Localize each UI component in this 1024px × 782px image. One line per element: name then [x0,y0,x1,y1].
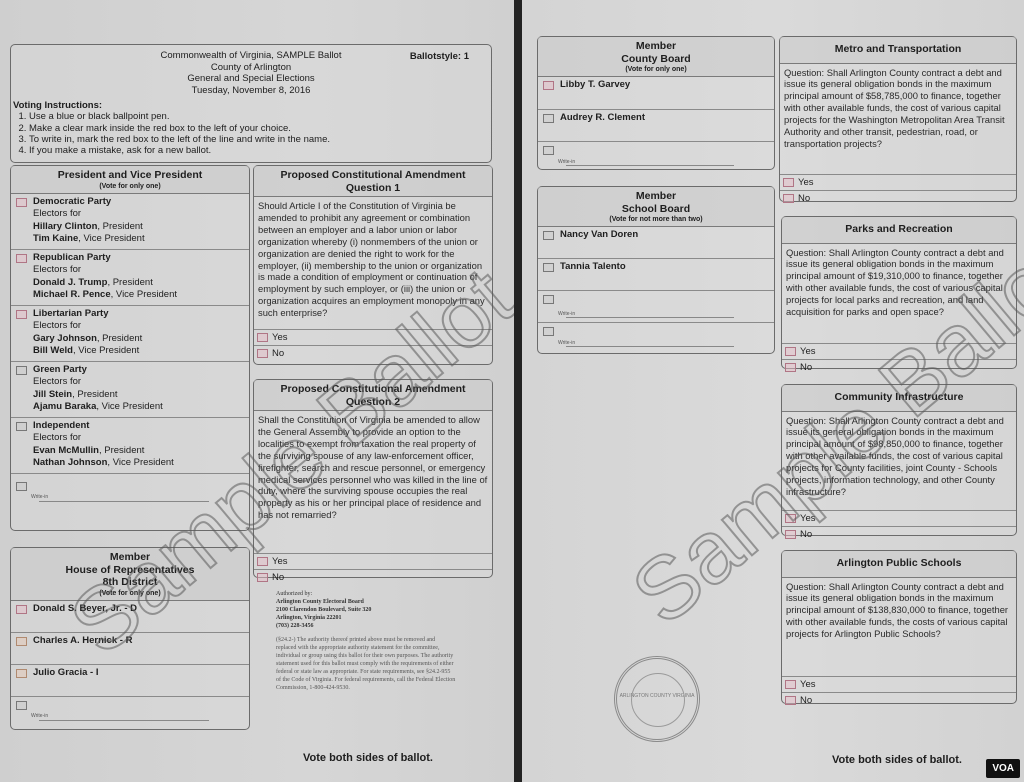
contest-title-line: School Board [540,203,772,216]
instruction-item: Make a clear mark inside the red box to … [29,123,489,134]
authorized-line: Arlington County Electoral Board [276,598,456,606]
contest-title-line: County Board [540,53,772,66]
seal-text: ARLINGTON COUNTY VIRGINIA [617,693,697,699]
contest-header: Parks and Recreation [782,217,1016,244]
ballot-header: Commonwealth of Virginia, SAMPLE Ballot … [10,44,492,163]
candidate-name: Donald S. Beyer, Jr. - D [33,603,137,614]
amendment-question-1: Proposed Constitutional Amendment Questi… [253,165,493,365]
write-in-label: Write-in [558,308,575,321]
no-checkbox[interactable] [785,530,796,539]
write-in-row[interactable]: Write-in [538,291,774,323]
instructions-title: Voting Instructions: [13,100,489,111]
candidate-row[interactable]: Charles A. Hernick - R [11,633,249,665]
no-label: No [272,348,284,359]
vote-checkbox[interactable] [543,263,554,272]
yes-checkbox[interactable] [783,178,794,187]
contest-title-line: Question 1 [256,182,490,195]
no-checkbox[interactable] [257,573,268,582]
page-gutter [514,0,522,782]
question-text: Question: Shall Arlington County contrac… [780,64,1016,174]
question-text: Question: Shall Arlington County contrac… [782,244,1016,343]
question-text: Should Article I of the Constitution of … [254,197,492,329]
candidate-row[interactable]: Libertarian PartyElectors forGary Johnso… [11,306,249,362]
vote-checkbox[interactable] [16,366,27,375]
candidate-row[interactable]: Julio Gracia - I [11,665,249,697]
write-in-line[interactable] [566,317,734,318]
president-candidate: Jill Stein, President [33,389,245,402]
authorized-line: Authorized by: [276,590,456,598]
amendment-question-2: Proposed Constitutional Amendment Questi… [253,379,493,578]
contest-header: Proposed Constitutional Amendment Questi… [254,380,492,411]
contest-header: Member House of Representatives 8th Dist… [11,548,249,601]
electors-label: Electors for [33,376,245,389]
contest-title-line: Question 2 [256,396,490,409]
yes-option[interactable]: Yes [254,329,492,345]
vote-checkbox[interactable] [16,605,27,614]
no-label: No [800,695,812,706]
county-name: County of Arlington [11,62,491,74]
candidate-row[interactable]: Audrey R. Clement [538,110,774,142]
question-text: Question: Shall Arlington County contrac… [782,578,1016,676]
president-contest: President and Vice President (Vote for o… [10,165,250,531]
metro-transportation-question: Metro and Transportation Question: Shall… [779,36,1017,202]
contest-title-line: Proposed Constitutional Amendment [256,169,490,182]
vote-checkbox[interactable] [16,198,27,207]
contest-header: President and Vice President (Vote for o… [11,166,249,194]
contest-title: Community Infrastructure [784,391,1014,404]
yes-checkbox[interactable] [257,557,268,566]
vp-candidate: Bill Weld, Vice President [33,345,245,358]
contest-header: Member County Board (Vote for only one) [538,37,774,77]
question-text: Shall the Constitution of Virginia be am… [254,411,492,553]
write-in-checkbox[interactable] [543,327,554,336]
write-in-line[interactable] [39,501,209,502]
candidate-row[interactable]: Democratic PartyElectors forHillary Clin… [11,194,249,250]
write-in-label: Write-in [31,710,48,723]
contest-title: President and Vice President [13,169,247,182]
write-in-row[interactable]: Write-in [11,474,249,506]
candidate-name: Charles A. Hernick - R [33,635,132,646]
yes-label: Yes [800,513,816,524]
yes-option[interactable]: Yes [782,676,1016,692]
no-option[interactable]: No [780,190,1016,206]
candidate-row[interactable]: Libby T. Garvey [538,77,774,110]
electors-label: Electors for [33,264,245,277]
candidate-row[interactable]: Tannia Talento [538,259,774,291]
no-label: No [800,362,812,373]
president-candidate: Hillary Clinton, President [33,221,245,234]
candidate-row[interactable]: Republican PartyElectors forDonald J. Tr… [11,250,249,306]
no-option[interactable]: No [782,526,1016,542]
president-candidate: Gary Johnson, President [33,333,245,346]
candidate-row[interactable]: Green PartyElectors forJill Stein, Presi… [11,362,249,418]
yes-label: Yes [272,332,288,343]
no-option[interactable]: No [254,345,492,361]
no-option[interactable]: No [254,569,492,585]
parks-recreation-question: Parks and Recreation Question: Shall Arl… [781,216,1017,369]
vote-checkbox[interactable] [16,422,27,431]
no-label: No [800,529,812,540]
question-text: Question: Shall Arlington County contrac… [782,412,1016,510]
no-option[interactable]: No [782,692,1016,708]
vp-candidate: Nathan Johnson, Vice President [33,457,245,470]
party-name: Libertarian Party [33,308,245,321]
yes-checkbox[interactable] [785,347,796,356]
instruction-item: To write in, mark the red box to the lef… [29,134,489,145]
voting-instructions: Voting Instructions: Use a blue or black… [11,96,491,156]
vp-candidate: Ajamu Baraka, Vice President [33,401,245,414]
no-checkbox[interactable] [785,696,796,705]
candidate-row[interactable]: IndependentElectors forEvan McMullin, Pr… [11,418,249,474]
authorized-line: Arlington, Virginia 22201 [276,614,456,622]
contest-title-line: Member [13,551,247,564]
yes-option[interactable]: Yes [782,343,1016,359]
write-in-label: Write-in [558,156,575,169]
contest-header: Member School Board (Vote for not more t… [538,187,774,227]
candidate-row[interactable]: Donald S. Beyer, Jr. - D [11,601,249,633]
contest-subtitle: (Vote for only one) [13,182,247,191]
write-in-row[interactable]: Write-in [538,323,774,351]
no-option[interactable]: No [782,359,1016,375]
authorized-line: (703) 228-3456 [276,622,456,630]
yes-option[interactable]: Yes [782,510,1016,526]
vote-both-sides-note: Vote both sides of ballot. [303,752,433,764]
election-name: General and Special Elections [11,73,491,85]
write-in-label: Write-in [31,491,48,504]
contest-subtitle: (Vote for only one) [13,589,247,598]
yes-label: Yes [800,679,816,690]
write-in-line[interactable] [566,346,734,347]
contest-title: Arlington Public Schools [784,557,1014,570]
write-in-row[interactable]: Write-in [538,142,774,170]
yes-checkbox[interactable] [785,514,796,523]
party-name: Independent [33,420,245,433]
contest-title-line: Proposed Constitutional Amendment [256,383,490,396]
write-in-checkbox[interactable] [16,701,27,710]
public-schools-question: Arlington Public Schools Question: Shall… [781,550,1017,704]
yes-label: Yes [800,346,816,357]
no-checkbox[interactable] [783,194,794,203]
vote-both-sides-note: Vote both sides of ballot. [832,754,962,766]
instruction-item: Use a blue or black ballpoint pen. [29,111,489,122]
no-label: No [798,193,810,204]
house-contest: Member House of Representatives 8th Dist… [10,547,250,730]
yes-label: Yes [272,556,288,567]
party-name: Democratic Party [33,196,245,209]
vote-checkbox[interactable] [16,310,27,319]
contest-title-line: House of Representatives [13,564,247,577]
no-checkbox[interactable] [257,349,268,358]
candidate-list: Democratic PartyElectors forHillary Clin… [11,194,249,474]
yes-option[interactable]: Yes [254,553,492,569]
yes-label: Yes [798,177,814,188]
ballot-back-page: Member County Board (Vote for only one) … [522,0,1024,782]
authorized-line: 2100 Clarendon Boulevard, Suite 320 [276,606,456,614]
voa-logo-badge: VOA [986,759,1020,778]
no-checkbox[interactable] [785,363,796,372]
contest-title-line: Member [540,40,772,53]
write-in-line[interactable] [39,720,209,721]
write-in-label: Write-in [558,337,575,350]
vote-checkbox[interactable] [543,81,554,90]
ballot-front-page: Commonwealth of Virginia, SAMPLE Ballot … [0,0,514,782]
contest-header: Community Infrastructure [782,385,1016,412]
instruction-item: If you make a mistake, ask for a new bal… [29,145,489,156]
contest-subtitle: (Vote for only one) [540,65,772,74]
authority-notice: (§24.2-) The authority thereof printed a… [276,636,456,692]
write-in-checkbox[interactable] [16,482,27,491]
contest-header: Arlington Public Schools [782,551,1016,578]
vp-candidate: Tim Kaine, Vice President [33,233,245,246]
electors-label: Electors for [33,208,245,221]
contest-title: Parks and Recreation [784,223,1014,236]
contest-title: Metro and Transportation [782,43,1014,56]
community-infrastructure-question: Community Infrastructure Question: Shall… [781,384,1017,536]
yes-option[interactable]: Yes [780,174,1016,190]
president-candidate: Evan McMullin, President [33,445,245,458]
write-in-row[interactable]: Write-in [11,697,249,725]
yes-checkbox[interactable] [785,680,796,689]
party-name: Green Party [33,364,245,377]
contest-header: Proposed Constitutional Amendment Questi… [254,166,492,197]
no-label: No [272,572,284,583]
county-board-contest: Member County Board (Vote for only one) … [537,36,775,170]
write-in-checkbox[interactable] [543,146,554,155]
yes-checkbox[interactable] [257,333,268,342]
vote-checkbox[interactable] [16,254,27,263]
party-name: Republican Party [33,252,245,265]
vote-checkbox[interactable] [543,114,554,123]
ballot-style: Ballotstyle: 1 [410,51,469,63]
election-date: Tuesday, November 8, 2016 [11,85,491,97]
write-in-checkbox[interactable] [543,295,554,304]
vp-candidate: Michael R. Pence, Vice President [33,289,245,302]
school-board-contest: Member School Board (Vote for not more t… [537,186,775,354]
authorized-by-block: Authorized by: Arlington County Electora… [276,590,456,692]
contest-subtitle: (Vote for not more than two) [540,215,772,224]
vote-checkbox[interactable] [543,231,554,240]
candidate-name: Libby T. Garvey [560,79,630,90]
candidate-name: Nancy Van Doren [560,229,638,240]
write-in-line[interactable] [566,165,734,166]
president-candidate: Donald J. Trump, President [33,277,245,290]
candidate-name: Audrey R. Clement [560,112,645,123]
contest-title-line: Member [540,190,772,203]
candidate-name: Julio Gracia - I [33,667,98,678]
county-seal: ARLINGTON COUNTY VIRGINIA [614,656,700,742]
electors-label: Electors for [33,432,245,445]
vote-checkbox[interactable] [16,637,27,646]
candidate-row[interactable]: Nancy Van Doren [538,227,774,259]
contest-header: Metro and Transportation [780,37,1016,64]
candidate-name: Tannia Talento [560,261,626,272]
electors-label: Electors for [33,320,245,333]
contest-title-line: 8th District [13,576,247,589]
vote-checkbox[interactable] [16,669,27,678]
